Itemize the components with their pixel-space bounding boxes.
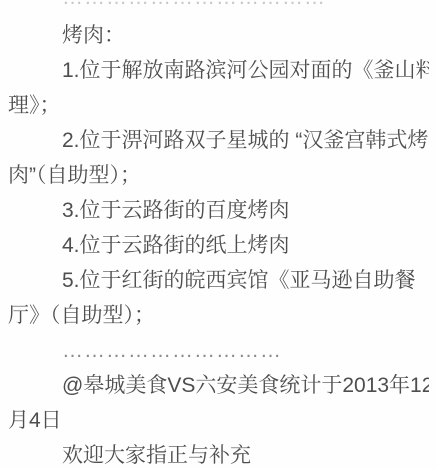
closing-line: 欢迎大家指正与补充 — [8, 438, 429, 470]
heading-line: 烤肉： — [8, 18, 429, 53]
document-page: ……………………………… 烤肉： 1.位于解放南路滨河公园对面的《釜山料 理》；… — [0, 0, 437, 470]
list-item-2-cont: 肉”（自助型）； — [8, 158, 429, 193]
list-item-4-line: 4.位于云路街的纸上烤肉 — [8, 228, 429, 263]
document-body: 烤肉： 1.位于解放南路滨河公园对面的《釜山料 理》； 2.位于淠河路双子星城的… — [0, 0, 437, 470]
dotted-separator-line: ………………………… — [8, 333, 429, 368]
list-item-1-line: 1.位于解放南路滨河公园对面的《釜山料 — [8, 53, 429, 88]
list-item-3-line: 3.位于云路街的百度烤肉 — [8, 193, 429, 228]
list-item-5-cont: 厅》（自助型）； — [8, 298, 429, 333]
list-item-2-line: 2.位于淠河路双子星城的 “汉釜宫韩式烤 — [8, 123, 429, 158]
attribution-line: @皋城美食VS六安美食统计于2013年12 — [8, 368, 429, 403]
list-item-1-cont: 理》； — [8, 88, 429, 123]
attribution-cont: 月4日 — [8, 403, 429, 438]
list-item-5-line: 5.位于红街的皖西宾馆《亚马逊自助餐 — [8, 263, 429, 298]
